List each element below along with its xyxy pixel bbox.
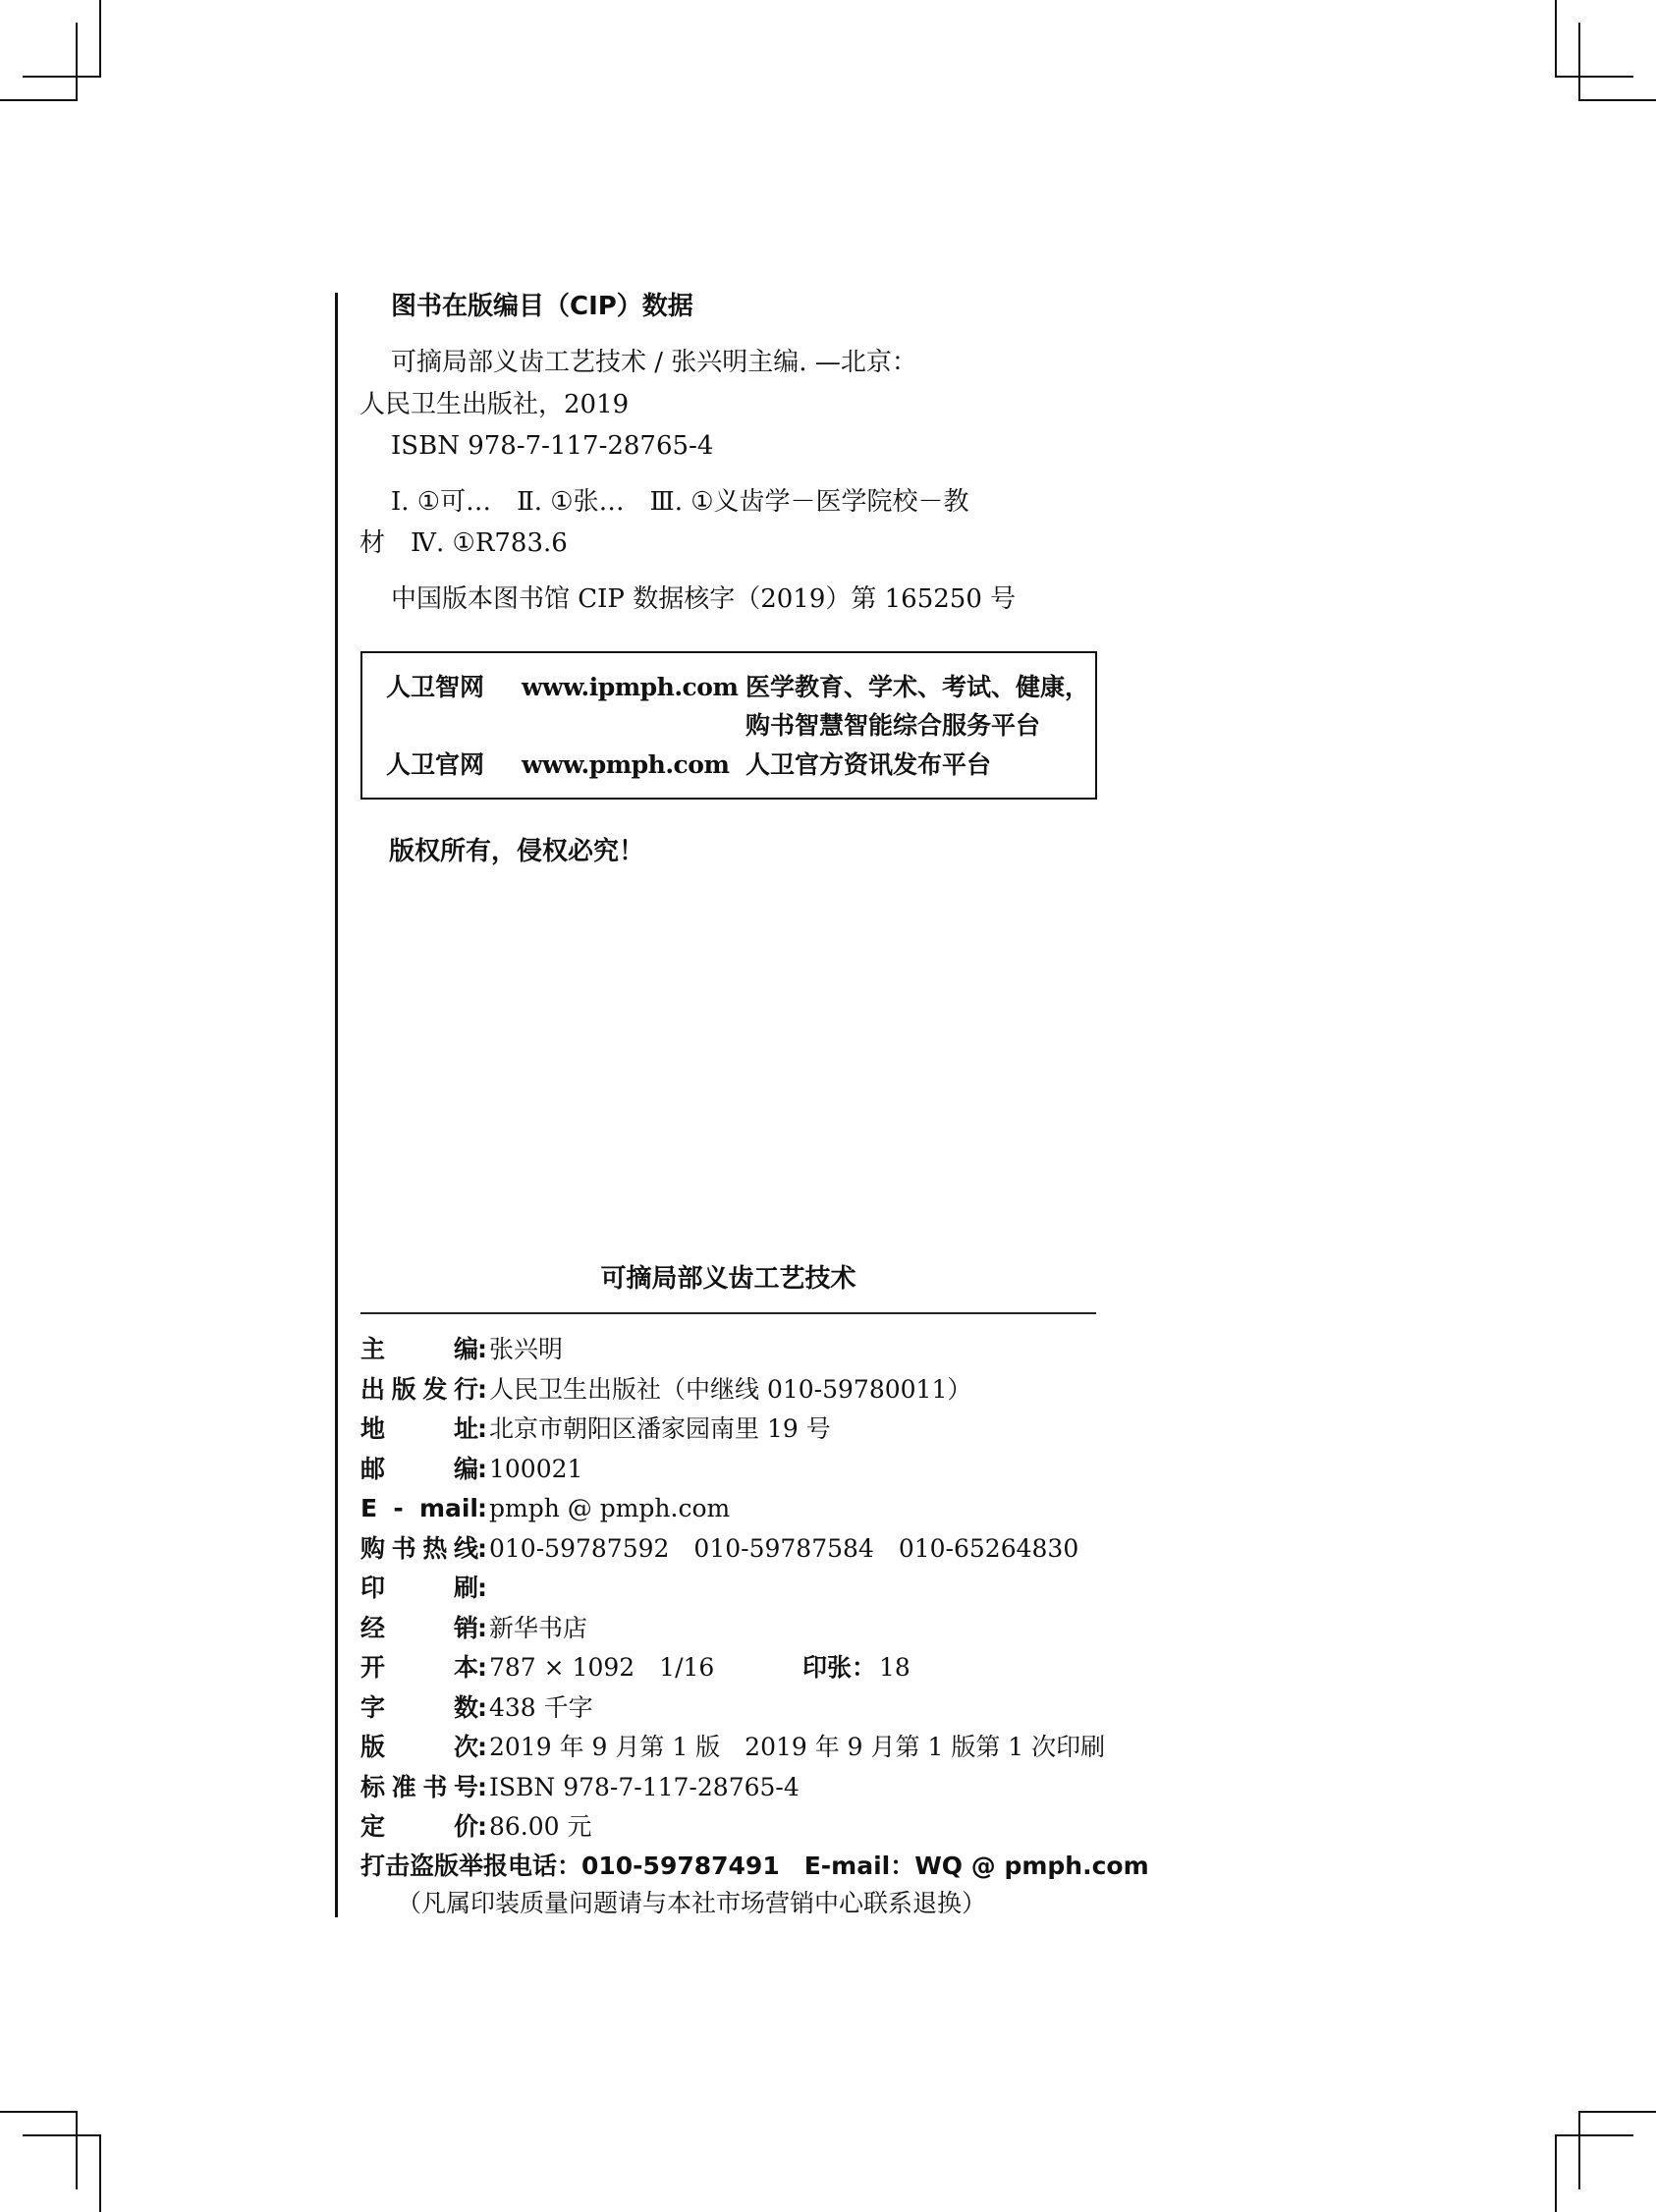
website-name: 人卫智网 bbox=[386, 673, 484, 702]
website-url-link[interactable]: www.ipmph.com bbox=[522, 673, 738, 702]
label-colon: : bbox=[477, 1693, 487, 1723]
label-char: 版 bbox=[392, 1375, 416, 1405]
colophon-label: 印刷 bbox=[360, 1574, 478, 1603]
cip-subject-line-2: 材 Ⅳ. ①R783.6 bbox=[359, 528, 568, 558]
label-char: 销 bbox=[454, 1614, 478, 1643]
colophon-value: 86.00 元 bbox=[489, 1812, 592, 1842]
website-description: 购书智慧智能综合服务平台 bbox=[745, 711, 1040, 741]
label-colon: : bbox=[477, 1414, 487, 1444]
colophon-value: 2019 年 9 月第 1 版 2019 年 9 月第 1 版第 1 次印刷 bbox=[489, 1733, 1105, 1762]
colophon-value: 438 千字 bbox=[489, 1693, 593, 1723]
label-colon: : bbox=[477, 1812, 487, 1842]
label-char: E bbox=[360, 1494, 377, 1523]
label-char: - bbox=[393, 1494, 403, 1523]
website-info-box: 人卫智网 www.ipmph.com 医学教育、学术、考试、健康， 购书智慧智能… bbox=[360, 651, 1097, 800]
colophon-label: 标准书号 bbox=[360, 1773, 478, 1802]
label-char: 经 bbox=[360, 1614, 385, 1643]
colophon-label: 购书热线 bbox=[360, 1534, 478, 1564]
label-colon: : bbox=[477, 1733, 487, 1762]
colophon-label: 地址 bbox=[360, 1414, 478, 1444]
label-colon: : bbox=[477, 1574, 487, 1603]
colophon-book-title: 可摘局部义齿工艺技术 bbox=[360, 1264, 1096, 1294]
colophon-value: 北京市朝阳区潘家园南里 19 号 bbox=[489, 1414, 831, 1444]
label-char: 数 bbox=[454, 1693, 478, 1723]
label-char: 版 bbox=[360, 1733, 385, 1762]
label-char: 定 bbox=[360, 1812, 385, 1842]
colophon-label: 邮编 bbox=[360, 1455, 478, 1484]
label-char: mail bbox=[419, 1494, 478, 1523]
label-char: 本 bbox=[454, 1653, 478, 1683]
colophon-value: ISBN 978-7-117-28765-4 bbox=[489, 1773, 800, 1802]
website-name: 人卫官网 bbox=[386, 750, 484, 780]
cip-title-line: 可摘局部义齿工艺技术 / 张兴明主编. —北京： bbox=[391, 348, 917, 377]
label-char: 标 bbox=[360, 1773, 385, 1802]
label-char: 线 bbox=[454, 1534, 478, 1564]
colophon-value: pmph @ pmph.com bbox=[489, 1494, 730, 1523]
label-char: 开 bbox=[360, 1653, 385, 1683]
label-char: 价 bbox=[454, 1812, 478, 1842]
cip-publisher-line: 人民卫生出版社，2019 bbox=[359, 390, 629, 419]
label-colon: : bbox=[477, 1614, 487, 1643]
colophon-value: 新华书店 bbox=[489, 1614, 587, 1643]
quality-note: （凡属印装质量问题请与本社市场营销中心联系退换） bbox=[397, 1889, 986, 1918]
label-char: 编 bbox=[454, 1335, 478, 1364]
label-char: 址 bbox=[454, 1414, 478, 1444]
label-colon: : bbox=[477, 1375, 487, 1405]
cip-verification-line: 中国版本图书馆 CIP 数据核字（2019）第 165250 号 bbox=[391, 584, 1016, 614]
label-char: 邮 bbox=[360, 1455, 385, 1484]
label-char: 书 bbox=[392, 1534, 416, 1564]
label-colon: : bbox=[477, 1455, 487, 1484]
label-char: 字 bbox=[360, 1693, 385, 1723]
colophon-value: 张兴明 bbox=[489, 1335, 563, 1364]
label-char: 发 bbox=[422, 1375, 447, 1405]
colophon-value: 100021 bbox=[489, 1455, 582, 1484]
colophon-label: 开本 bbox=[360, 1653, 478, 1683]
label-char: 购 bbox=[360, 1534, 385, 1564]
cip-heading: 图书在版编目（CIP）数据 bbox=[391, 292, 693, 321]
print-sheets-value: 18 bbox=[879, 1653, 911, 1683]
label-colon: : bbox=[477, 1653, 487, 1683]
colophon-label: E-mail bbox=[360, 1494, 478, 1523]
cip-subject-line-1: Ⅰ. ①可… Ⅱ. ①张… Ⅲ. ①义齿学－医学院校－教 bbox=[391, 487, 969, 517]
left-margin-rule bbox=[335, 293, 338, 1917]
label-char: 行 bbox=[454, 1375, 478, 1405]
colophon-label: 经销 bbox=[360, 1614, 478, 1643]
title-rule bbox=[360, 1312, 1096, 1314]
colophon-value: 010-59787592 010-59787584 010-65264830 bbox=[489, 1534, 1078, 1564]
website-description: 人卫官方资讯发布平台 bbox=[745, 750, 991, 780]
website-url-link[interactable]: www.pmph.com bbox=[522, 750, 729, 780]
colophon-label: 字数 bbox=[360, 1693, 478, 1723]
print-sheets-label: 印张： bbox=[802, 1653, 876, 1683]
label-char: 次 bbox=[454, 1733, 478, 1762]
label-colon: : bbox=[477, 1494, 487, 1523]
colophon-label: 定价 bbox=[360, 1812, 478, 1842]
label-colon: : bbox=[477, 1335, 487, 1364]
label-char: 刷 bbox=[454, 1574, 478, 1603]
label-char: 地 bbox=[360, 1414, 385, 1444]
label-char: 印 bbox=[360, 1574, 385, 1603]
label-char: 书 bbox=[422, 1773, 447, 1802]
label-char: 主 bbox=[360, 1335, 385, 1364]
label-char: 号 bbox=[454, 1773, 478, 1802]
label-colon: : bbox=[477, 1534, 487, 1564]
website-description: 医学教育、学术、考试、健康， bbox=[745, 673, 1089, 702]
cip-isbn-line: ISBN 978-7-117-28765-4 bbox=[391, 431, 713, 461]
label-char: 编 bbox=[454, 1455, 478, 1484]
colophon-label: 出版发行 bbox=[360, 1375, 478, 1405]
colophon-value: 787 × 1092 1/16 bbox=[489, 1653, 714, 1683]
colophon-label: 版次 bbox=[360, 1733, 478, 1762]
copyright-notice: 版权所有，侵权必究！ bbox=[389, 837, 644, 866]
label-char: 出 bbox=[360, 1375, 385, 1405]
colophon-value: 人民卫生出版社（中继线 010-59780011） bbox=[489, 1375, 971, 1405]
colophon-label: 主编 bbox=[360, 1335, 478, 1364]
label-char: 热 bbox=[422, 1534, 447, 1564]
anti-piracy-line: 打击盗版举报电话：010-59787491 E-mail：WQ @ pmph.c… bbox=[360, 1852, 1149, 1881]
label-char: 准 bbox=[392, 1773, 416, 1802]
label-colon: : bbox=[477, 1773, 487, 1802]
